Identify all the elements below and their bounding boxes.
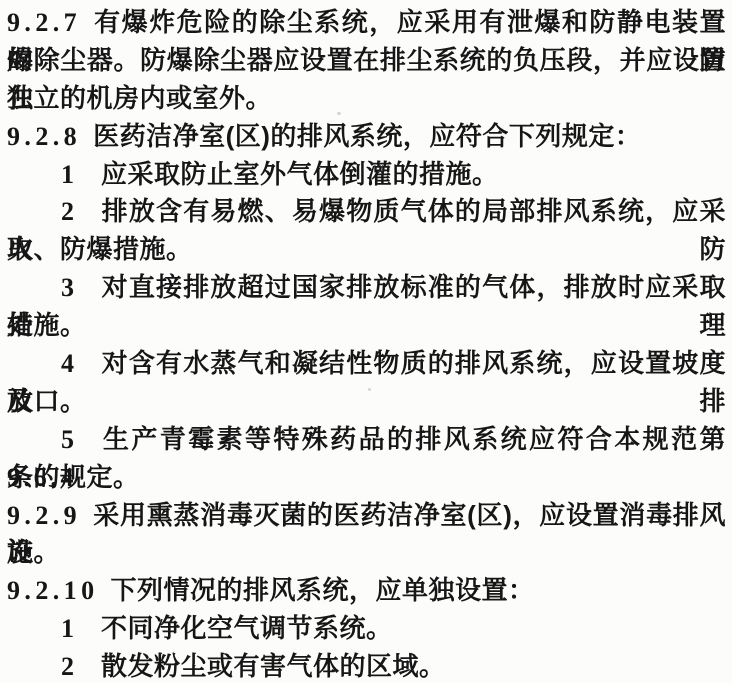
- line-text: 对含有水蒸气和凝结性物质的排风系统，应设置坡度及排: [7, 348, 726, 416]
- line-text: 下列情况的排风系统，应单独设置：: [111, 575, 535, 605]
- line-text: 医药洁净室(区)的排风系统，应符合下列规定：: [93, 121, 641, 151]
- clause-number: 9.2.10: [7, 576, 99, 605]
- scan-speck: [337, 112, 341, 115]
- line-text: 施。: [7, 537, 60, 567]
- line-text: 条的规定。: [7, 462, 140, 492]
- text-line: 1应采取防止室外气体倒灌的措施。: [7, 156, 726, 194]
- clause-number: 9.2.7: [7, 8, 81, 37]
- item-number: 2: [61, 197, 74, 226]
- text-line: 4对含有水蒸气和凝结性物质的排风系统，应设置坡度及排: [7, 345, 726, 383]
- text-line: 条的规定。: [7, 459, 726, 497]
- text-line: 2排放含有易燃、易爆物质气体的局部排风系统，应采取防: [7, 193, 726, 231]
- text-line: 5生产青霉素等特殊药品的排风系统应符合本规范第9.6.4: [7, 421, 726, 459]
- clause-number: 9.2.9: [7, 501, 81, 530]
- text-block: 9.2.7有爆炸危险的除尘系统，应采用有泄爆和防静电装置的防 爆除尘器。防爆除尘…: [7, 4, 726, 683]
- line-text: 措施。: [7, 310, 87, 340]
- item-number: 1: [61, 160, 74, 189]
- text-line: 2散发粉尘或有害气体的区域。: [7, 648, 726, 683]
- line-text: 生产青霉素等特殊药品的排风系统应符合本规范第: [101, 424, 726, 454]
- text-line: 3对直接排放超过国家排放标准的气体，排放时应采取处理: [7, 269, 726, 307]
- text-line: 9.2.10下列情况的排风系统，应单独设置：: [7, 572, 726, 610]
- line-text: 应采取防止室外气体倒灌的措施。: [101, 159, 499, 189]
- item-number: 1: [61, 614, 74, 643]
- line-text: 散发粉尘或有害气体的区域。: [101, 651, 446, 681]
- item-number: 5: [61, 425, 74, 454]
- document-page: 9.2.7有爆炸危险的除尘系统，应采用有泄爆和防静电装置的防 爆除尘器。防爆除尘…: [0, 0, 732, 683]
- item-number: 2: [61, 652, 74, 681]
- text-line: 1不同净化空气调节系统。: [7, 610, 726, 648]
- line-text: 独立的机房内或室外。: [7, 83, 272, 113]
- line-text: 不同净化空气调节系统。: [101, 613, 393, 643]
- clause-number: 9.2.8: [7, 122, 81, 151]
- text-line: 9.2.9采用熏蒸消毒灭菌的医药洁净室(区)，应设置消毒排风设: [7, 497, 726, 535]
- text-line: 独立的机房内或室外。: [7, 80, 726, 118]
- text-line: 9.2.8医药洁净室(区)的排风系统，应符合下列规定：: [7, 118, 726, 156]
- scan-speck: [368, 388, 371, 391]
- line-text: 对直接排放超过国家排放标准的气体，排放时应采取处理: [7, 272, 726, 340]
- line-text: 放口。: [7, 386, 87, 416]
- item-number: 3: [61, 273, 74, 302]
- item-number: 4: [61, 349, 74, 378]
- text-line: 施。: [7, 534, 726, 572]
- text-line: 9.2.7有爆炸危险的除尘系统，应采用有泄爆和防静电装置的防: [7, 4, 726, 42]
- text-line: 爆除尘器。防爆除尘器应设置在排尘系统的负压段，并应设置在: [7, 42, 726, 80]
- line-text: 火、防爆措施。: [7, 234, 193, 264]
